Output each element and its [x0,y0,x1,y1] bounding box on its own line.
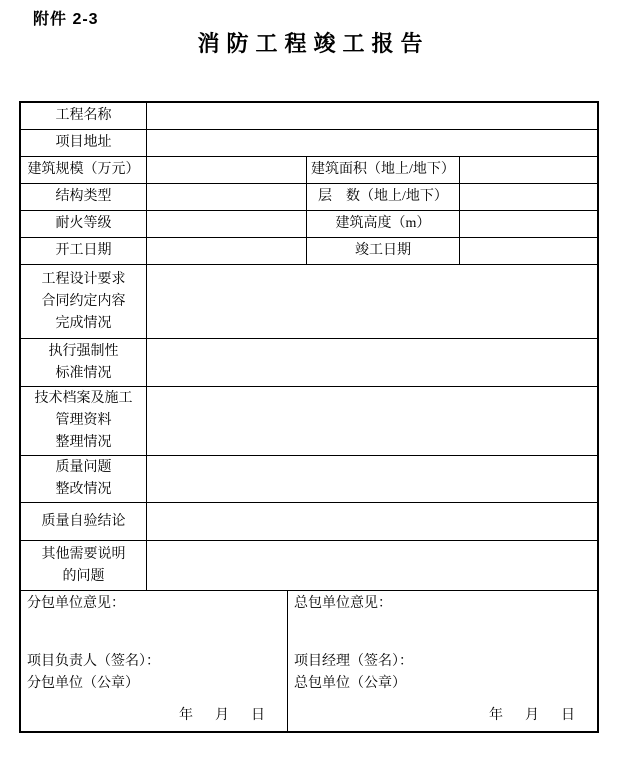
fire-rating-value-cell [147,211,307,237]
subcontractor-signer-label: 项目负责人（签名）： [27,651,281,673]
page-title: 消防工程竣工报告 [0,30,620,58]
mandatory-standards-label: 执行强制性 标准情况 [21,339,147,386]
date-month-label: 月 [215,707,229,725]
date-day-label: 日 [561,707,575,725]
project-address-label: 项目地址 [21,130,147,156]
table-row-fire-rating-height: 耐火等级 建筑高度（m） [21,210,597,237]
general-contractor-opinion-cell: 总包单位意见： 项目经理（签名）： 总包单位（公章） 年 月 日 [288,591,597,731]
design-requirements-label: 工程设计要求 合同约定内容 完成情况 [21,265,147,338]
quality-issues-value-cell [147,456,597,502]
other-notes-value-cell [147,541,597,590]
date-day-label: 日 [251,707,265,725]
mandatory-standards-value-cell [147,339,597,386]
building-area-value-cell [460,157,597,183]
building-scale-value-cell [147,157,307,183]
floor-count-label: 层 数（地上/地下） [307,184,460,210]
general-contractor-seal-label: 总包单位（公章） [294,673,591,695]
project-address-value-cell [147,130,597,156]
other-notes-label: 其他需要说明 的问题 [21,541,147,590]
general-contractor-signer-label: 项目经理（签名）： [294,651,591,673]
subcontractor-seal-label: 分包单位（公章） [27,673,281,695]
subcontractor-opinion-label: 分包单位意见： [27,594,281,614]
completion-date-value-cell [460,238,597,264]
table-row-project-name: 工程名称 [21,103,597,129]
start-date-value-cell [147,238,307,264]
table-row-other-notes: 其他需要说明 的问题 [21,540,597,590]
design-requirements-value-cell [147,265,597,338]
project-name-value-cell [147,103,597,129]
completion-report-table: 工程名称 项目地址 建筑规模（万元） 建筑面积（地上/地下） 结构类型 层 数（… [19,101,599,733]
table-row-scale-area: 建筑规模（万元） 建筑面积（地上/地下） [21,156,597,183]
floor-count-value-cell [460,184,597,210]
table-row-self-inspection: 质量自验结论 [21,502,597,540]
building-scale-label: 建筑规模（万元） [21,157,147,183]
date-year-label: 年 [179,707,193,725]
fire-rating-label: 耐火等级 [21,211,147,237]
structure-type-value-cell [147,184,307,210]
general-contractor-date-line: 年 月 日 [294,707,591,725]
building-height-label: 建筑高度（m） [307,211,460,237]
subcontractor-opinion-space [27,614,281,651]
table-row-design-requirements: 工程设计要求 合同约定内容 完成情况 [21,264,597,338]
table-row-technical-archives: 技术档案及施工 管理资料 整理情况 [21,386,597,455]
project-name-label: 工程名称 [21,103,147,129]
start-date-label: 开工日期 [21,238,147,264]
table-row-quality-issues: 质量问题 整改情况 [21,455,597,502]
building-area-label: 建筑面积（地上/地下） [307,157,460,183]
structure-type-label: 结构类型 [21,184,147,210]
general-contractor-opinion-label: 总包单位意见： [294,594,591,614]
document-page: 附件 2-3 消防工程竣工报告 工程名称 项目地址 建筑规模（万元） 建筑面积（… [0,0,620,757]
technical-archives-label: 技术档案及施工 管理资料 整理情况 [21,387,147,455]
self-inspection-label: 质量自验结论 [21,503,147,540]
building-height-value-cell [460,211,597,237]
technical-archives-value-cell [147,387,597,455]
table-row-structure-floors: 结构类型 层 数（地上/地下） [21,183,597,210]
date-month-label: 月 [525,707,539,725]
self-inspection-value-cell [147,503,597,540]
quality-issues-label: 质量问题 整改情况 [21,456,147,502]
general-contractor-opinion-space [294,614,591,651]
subcontractor-opinion-cell: 分包单位意见： 项目负责人（签名）： 分包单位（公章） 年 月 日 [21,591,288,731]
table-row-mandatory-standards: 执行强制性 标准情况 [21,338,597,386]
table-row-project-address: 项目地址 [21,129,597,156]
signoff-row: 分包单位意见： 项目负责人（签名）： 分包单位（公章） 年 月 日 总包单位意见… [21,590,597,731]
table-row-dates: 开工日期 竣工日期 [21,237,597,264]
subcontractor-date-line: 年 月 日 [27,707,281,725]
completion-date-label: 竣工日期 [307,238,460,264]
attachment-label: 附件 2-3 [33,6,99,29]
date-year-label: 年 [489,707,503,725]
